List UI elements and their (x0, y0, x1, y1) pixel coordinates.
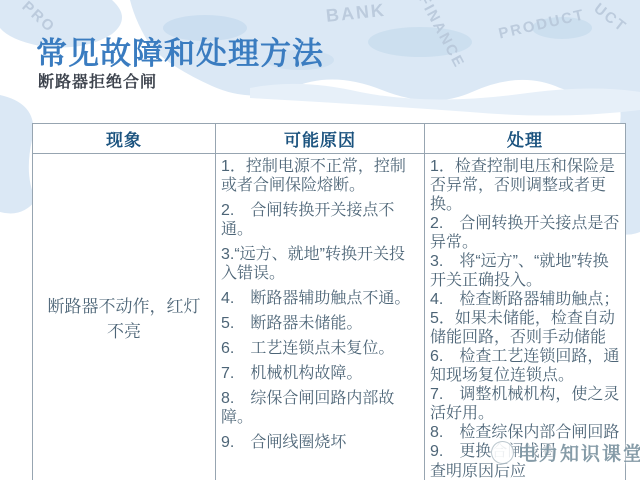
table-header-row: 现象 可能原因 处理 (33, 124, 626, 154)
list-item: 7. 机械机构故障。 (221, 364, 419, 383)
list-item: 4. 断路器辅助触点不通。 (221, 289, 419, 308)
list-item: 4. 检查断路器辅助触点； (430, 290, 620, 309)
list-item: 3.“远方、就地”转换开关投入错误。 (221, 245, 419, 283)
causes-cell: 1．控制电源不正常，控制或者合闸保险熔断。2. 合闸转换开关接点不通。3.“远方… (216, 154, 425, 480)
list-item: 8. 检查综保内部合闸回路 (430, 423, 620, 442)
table-row: 断路器不动作，红灯不亮 1．控制电源不正常，控制或者合闸保险熔断。2. 合闸转换… (33, 154, 626, 480)
column-header-phenomenon: 现象 (33, 124, 216, 154)
phenomenon-cell: 断路器不动作，红灯不亮 (33, 154, 216, 480)
treatments-list: 1．检查控制电压和保险是否异常，否则调整或者更换。2. 合闸转换开关接点是否异常… (430, 157, 620, 461)
column-header-possible-cause: 可能原因 (216, 124, 425, 154)
list-item: 1．控制电源不正常，控制或者合闸保险熔断。 (221, 157, 419, 195)
treatments-cell: 1．检查控制电压和保险是否异常，否则调整或者更换。2. 合闸转换开关接点是否异常… (425, 154, 626, 480)
list-item: 6. 检查工艺连锁回路，通知现场复位连锁点。 (430, 347, 620, 385)
slide: PRO BANK FINANCE PRODUCT UCT 常见故障和处理方法 断… (0, 0, 640, 480)
list-item: 6. 工艺连锁点未复位。 (221, 339, 419, 358)
list-item: 7. 调整机械机构，使之灵活好用。 (430, 385, 620, 423)
page-subtitle: 断路器拒绝合闸 (38, 69, 157, 92)
list-item: 3. 将“远方”、“就地”转换开关正确投入。 (430, 252, 620, 290)
list-item: 5．如果未储能，检查自动储能回路，否则手动储能 (430, 309, 620, 347)
causes-list: 1．控制电源不正常，控制或者合闸保险熔断。2. 合闸转换开关接点不通。3.“远方… (221, 157, 419, 452)
fault-table: 现象 可能原因 处理 断路器不动作，红灯不亮 1．控制电源不正常，控制或者合闸保… (32, 123, 626, 480)
list-item: 1．检查控制电压和保险是否异常，否则调整或者更换。 (430, 157, 620, 214)
list-item: 5. 断路器未储能。 (221, 314, 419, 333)
list-item: 8. 综保合闸回路内部故障。 (221, 389, 419, 427)
treatments-footer: 查明原因后应 (430, 462, 620, 480)
list-item: 9. 更换合闸线圈 (430, 442, 620, 461)
column-header-treatment: 处理 (425, 124, 626, 154)
list-item: 2. 合闸转换开关接点是否异常。 (430, 214, 620, 252)
list-item: 9. 合闸线圈烧坏 (221, 433, 419, 452)
list-item: 2. 合闸转换开关接点不通。 (221, 201, 419, 239)
page-title: 常见故障和处理方法 (36, 28, 324, 73)
